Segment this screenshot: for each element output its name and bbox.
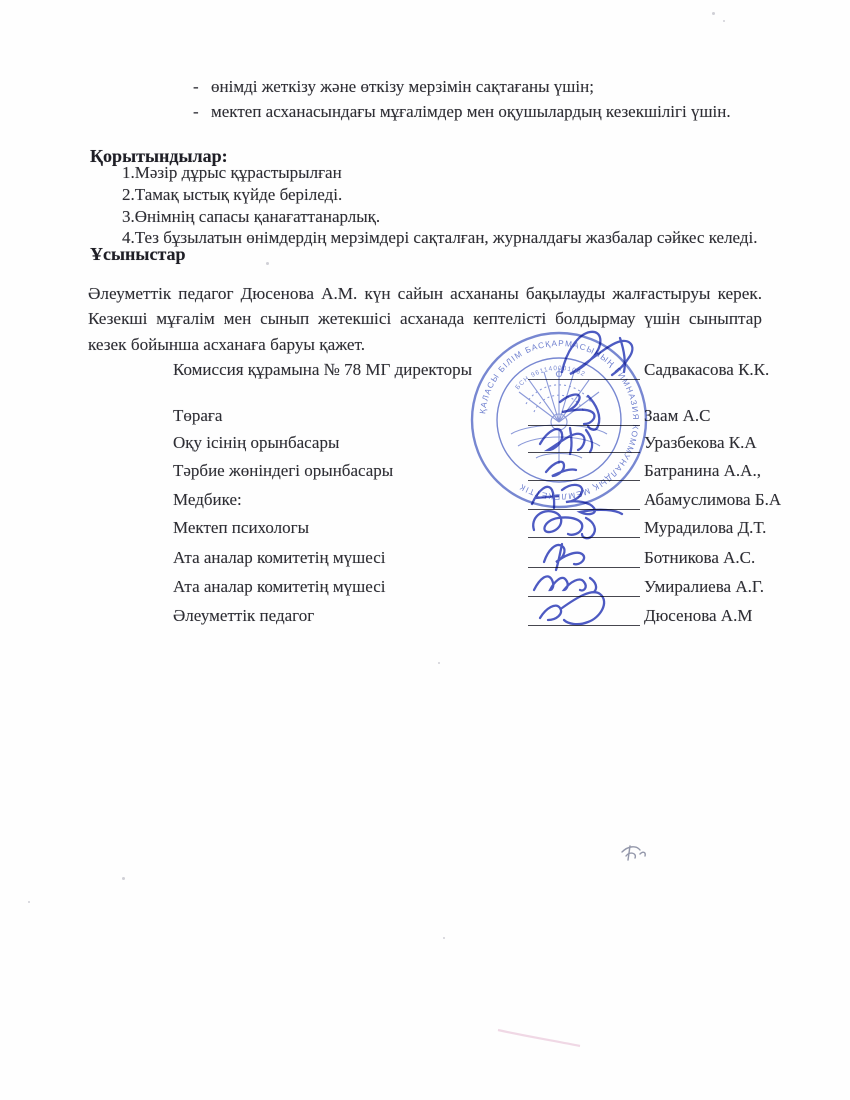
role-label: Ата аналар комитетің мүшесі [173,548,385,568]
commission-row: Медбике: Абамуслимова Б.А [0,490,850,516]
role-label: Комиссия құрамына № 78 МГ директоры [173,360,472,380]
scan-speck [266,262,269,265]
paragraph-line: Кезекші мұғалім мен сынып жетекшісі асха… [88,306,762,331]
bullet-dash: - [193,101,199,123]
bullet-dash: - [193,76,199,98]
role-label: Төраға [173,406,222,426]
signature-line [528,625,640,626]
paragraph-line: Әлеуметтік педагог Дюсенова А.М. күн сай… [88,281,762,306]
signature-line [528,509,640,510]
signatory-name: Уразбекова К.А [644,433,757,453]
signatory-name: Абамуслимова Б.А [644,490,781,510]
commission-row: Тәрбие жөніндегі орынбасары Батранина А.… [0,461,850,487]
signature-line [528,537,640,538]
list-item: - өнімді жеткізу және өткізу мерзімін са… [0,76,850,100]
bullet-text: мектеп асханасындағы мұғалімдер мен оқуш… [211,101,731,123]
signature-line [528,425,640,426]
conclusion-item: 4.Тез бұзылатын өнімдердің мерзімдері са… [122,227,758,249]
recommendations-paragraph: Әлеуметтік педагог Дюсенова А.М. күн сай… [88,281,762,357]
scan-speck [28,901,30,903]
conclusion-item: 2.Тамақ ыстық күйде беріледі. [122,184,342,206]
role-label: Тәрбие жөніндегі орынбасары [173,461,393,481]
signature-line [528,452,640,453]
role-label: Оқу ісінің орынбасары [173,433,339,453]
role-label: Мектеп психологы [173,518,309,538]
commission-row: Оқу ісінің орынбасары Уразбекова К.А [0,433,850,459]
signatory-name: Садвакасова К.К. [644,360,769,380]
pink-streak [498,1030,580,1046]
role-label: Әлеуметтік педагог [173,606,314,626]
conclusion-item: 3.Өнімнің сапасы қанағаттанарлық. [122,206,380,228]
scanned-document-page: - өнімді жеткізу және өткізу мерзімін са… [0,0,850,1100]
conclusion-item: 1.Мәзір дұрыс құрастырылған [122,162,342,184]
scan-speck [712,12,715,15]
bullet-text: өнімді жеткізу және өткізу мерзімін сақт… [211,76,594,98]
list-item: - мектеп асханасындағы мұғалімдер мен оқ… [0,101,850,125]
recommendations-heading: Ұсыныстар [90,244,186,265]
scan-speck [443,937,445,939]
commission-row: Мектеп психологы Мурадилова Д.Т. [0,518,850,544]
signatory-name: Ботникова А.С. [644,548,755,568]
commission-row: Ата аналар комитетің мүшесі Умиралиева А… [0,577,850,603]
ink-smudge [622,846,645,860]
signatory-name: Мурадилова Д.Т. [644,518,766,538]
signatory-name: Дюсенова А.М [644,606,752,626]
signatory-name: Батранина А.А., [644,461,761,481]
commission-row: Ата аналар комитетің мүшесі Ботникова А.… [0,548,850,574]
signature-line [528,596,640,597]
commission-row: Комиссия құрамына № 78 МГ директоры Садв… [0,360,850,386]
role-label: Ата аналар комитетің мүшесі [173,577,385,597]
commission-row: Төраға Заам А.С [0,406,850,432]
signature-line [528,379,640,380]
scan-speck [122,877,125,880]
signatory-name: Заам А.С [644,406,710,426]
commission-row: Әлеуметтік педагог Дюсенова А.М [0,606,850,632]
scan-speck [438,662,440,664]
role-label: Медбике: [173,490,242,510]
signature-line [528,567,640,568]
signatory-name: Умиралиева А.Г. [644,577,764,597]
signature-line [528,480,640,481]
scan-speck [723,20,725,22]
paragraph-line: кезек бойынша асханаға баруы қажет. [88,332,762,357]
